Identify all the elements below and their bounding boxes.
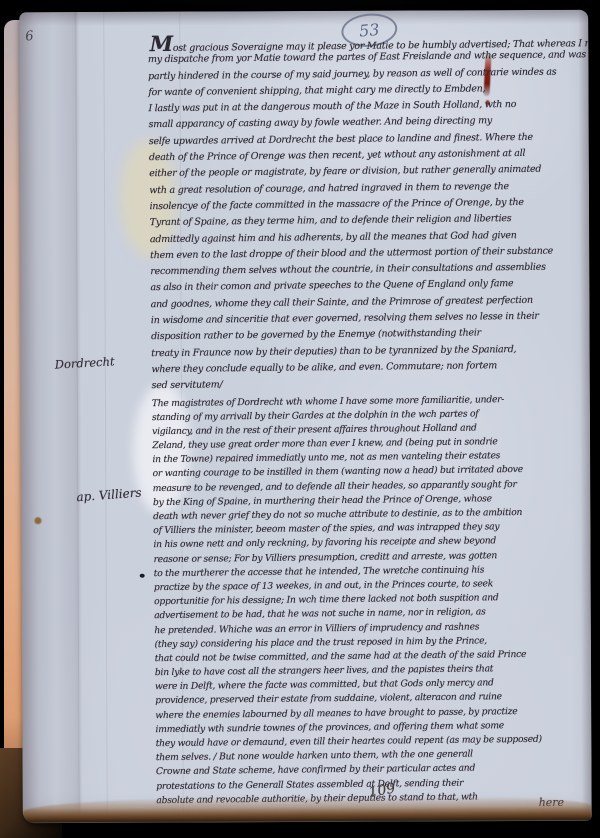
manuscript-page: 6 53 Most gracious Soveraigne may it ple… <box>19 10 592 823</box>
letter-body: Most gracious Soveraigne may it please y… <box>148 31 581 808</box>
burnt-page-edge <box>23 796 592 823</box>
paper-chain-line <box>103 12 108 823</box>
paper-crease-line <box>75 12 80 823</box>
paragraph-dordrecht: The magistrates of Dordrecht wth whome I… <box>152 392 581 808</box>
photograph-background: 6 53 Most gracious Soveraigne may it ple… <box>0 0 600 838</box>
margin-ink-dot <box>140 574 145 578</box>
paper-stain-dot <box>34 517 41 524</box>
margin-note-ap-villiers: ap. Villiers <box>76 485 142 504</box>
manuscript-line: sed servitutem/ <box>152 374 576 395</box>
margin-note-dordrecht: Dordrecht <box>54 354 114 371</box>
corner-mark: 6 <box>25 29 35 45</box>
paragraph-opening: Most gracious Soveraigne may it please y… <box>148 31 576 394</box>
